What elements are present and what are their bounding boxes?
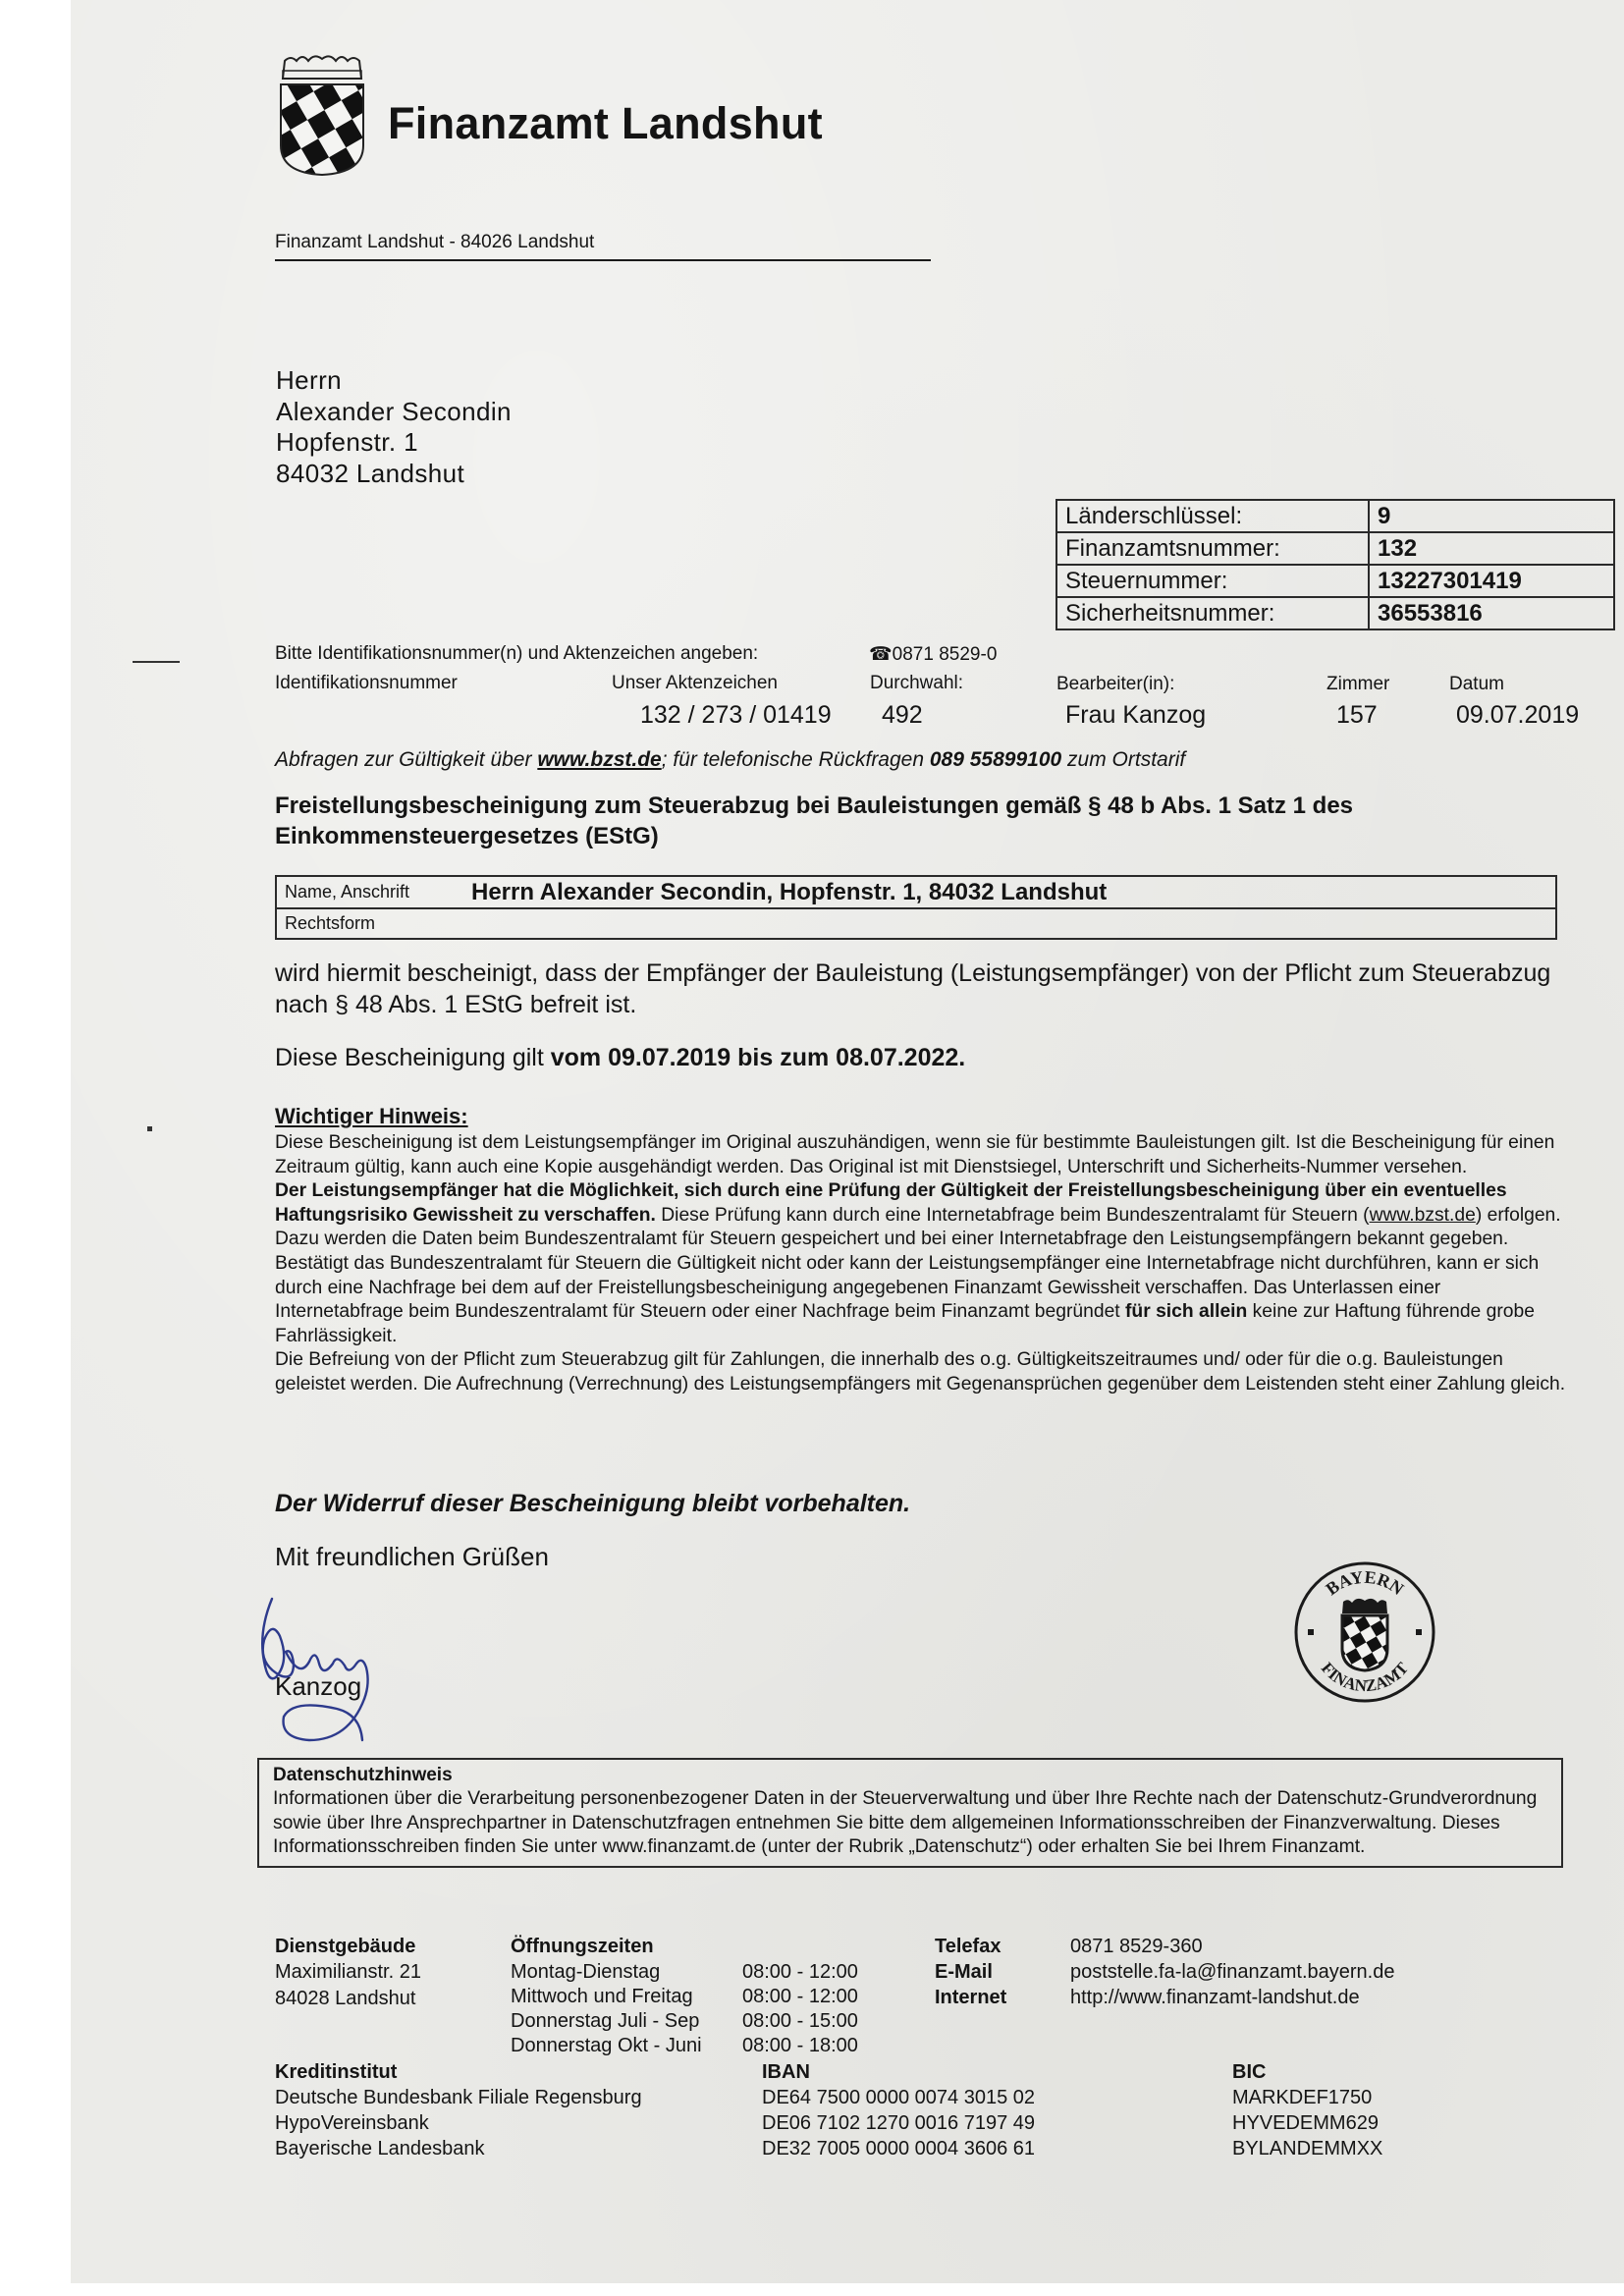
notice-paragraph: Der Leistungsempfänger hat die Möglichke… bbox=[275, 1179, 1571, 1348]
legal-form-label: Rechtsform bbox=[285, 913, 471, 934]
closing-greeting: Mit freundlichen Grüßen bbox=[275, 1542, 549, 1572]
bank-header-institute: Kreditinstitut bbox=[275, 2060, 397, 2085]
name-address-label: Name, Anschrift bbox=[285, 882, 471, 902]
table-row: Sicherheitsnummer:36553816 bbox=[1056, 597, 1614, 629]
notice-emphasis: für sich allein bbox=[1125, 1301, 1247, 1322]
bzst-inline-link[interactable]: www.bzst.de bbox=[1370, 1205, 1476, 1226]
punch-mark bbox=[147, 1126, 152, 1131]
tax-number-value: 13227301419 bbox=[1369, 565, 1614, 597]
privacy-title: Datenschutzhinweis bbox=[273, 1764, 1549, 1787]
certificate-body: wird hiermit bescheinigt, dass der Empfä… bbox=[275, 958, 1571, 1020]
extension-value: 492 bbox=[882, 701, 923, 730]
handwritten-signature-icon bbox=[250, 1593, 427, 1760]
privacy-notice-box: Datenschutzhinweis Informationen über di… bbox=[257, 1758, 1563, 1868]
building-street: Maximilianstr. 21 bbox=[275, 1960, 421, 1985]
notice-body: Diese Bescheinigung ist dem Leistungsemp… bbox=[275, 1131, 1571, 1397]
building-city: 84028 Landshut bbox=[275, 1987, 415, 2011]
telephone-icon: ☎ bbox=[869, 644, 893, 665]
bank-iban: DE32 7005 0000 0004 3606 61 bbox=[762, 2137, 1035, 2161]
date-label: Datum bbox=[1449, 674, 1504, 695]
hours-time: 08:00 - 12:00 bbox=[742, 1960, 858, 1985]
recipient-salutation: Herrn bbox=[276, 365, 512, 397]
bank-bic: BYLANDEMMXX bbox=[1232, 2137, 1382, 2161]
room-label: Zimmer bbox=[1326, 674, 1389, 695]
hours-time: 08:00 - 18:00 bbox=[742, 2034, 858, 2058]
hours-title: Öffnungszeiten bbox=[511, 1935, 654, 1959]
bank-bic: MARKDEF1750 bbox=[1232, 2086, 1372, 2110]
email-link[interactable]: poststelle.fa-la@finanzamt.bayern.de bbox=[1070, 1960, 1394, 1985]
table-row: Steuernummer:13227301419 bbox=[1056, 565, 1614, 597]
building-title: Dienstgebäude bbox=[275, 1935, 415, 1959]
tax-number-label: Steuernummer: bbox=[1056, 565, 1369, 597]
notice-paragraph: Diese Bescheinigung ist dem Leistungsemp… bbox=[275, 1131, 1571, 1179]
internet-label: Internet bbox=[935, 1986, 1006, 2010]
bank-bic: HYVEDEMM629 bbox=[1232, 2111, 1379, 2136]
bank-institute: Bayerische Landesbank bbox=[275, 2137, 484, 2161]
notice-title: Wichtiger Hinweis: bbox=[275, 1104, 468, 1129]
name-address-value: Herrn Alexander Secondin, Hopfenstr. 1, … bbox=[471, 879, 1107, 906]
notice-text: Diese Prüfung kann durch eine Internetab… bbox=[656, 1205, 1370, 1226]
office-title: Finanzamt Landshut bbox=[388, 98, 823, 149]
recipient-street: Hopfenstr. 1 bbox=[276, 427, 512, 459]
bank-institute: HypoVereinsbank bbox=[275, 2111, 429, 2136]
security-number-label: Sicherheitsnummer: bbox=[1056, 597, 1369, 629]
fax-label: Telefax bbox=[935, 1935, 1001, 1959]
state-key-value: 9 bbox=[1369, 500, 1614, 532]
legal-form-row: Rechtsform bbox=[277, 909, 1555, 938]
room-value: 157 bbox=[1336, 701, 1378, 730]
date-value: 09.07.2019 bbox=[1456, 701, 1579, 730]
file-ref-value: 132 / 273 / 01419 bbox=[640, 701, 832, 730]
bzst-link[interactable]: www.bzst.de bbox=[537, 748, 661, 771]
recipient-address: Herrn Alexander Secondin Hopfenstr. 1 84… bbox=[276, 365, 512, 489]
return-address-line: Finanzamt Landshut - 84026 Landshut bbox=[275, 232, 931, 261]
certificate-title: Freistellungsbescheinigung zum Steuerabz… bbox=[275, 791, 1571, 851]
revocation-notice: Der Widerruf dieser Bescheinigung bleibt… bbox=[275, 1490, 910, 1518]
extension-label: Durchwahl: bbox=[870, 673, 963, 694]
notice-paragraph: Die Befreiung von der Pflicht zum Steuer… bbox=[275, 1348, 1571, 1396]
office-number-label: Finanzamtsnummer: bbox=[1056, 532, 1369, 565]
hours-days: Mittwoch und Freitag bbox=[511, 1985, 693, 2009]
state-key-label: Länderschlüssel: bbox=[1056, 500, 1369, 532]
bank-iban: DE64 7500 0000 0074 3015 02 bbox=[762, 2086, 1035, 2110]
hours-time: 08:00 - 15:00 bbox=[742, 2009, 858, 2034]
hotline-number: 089 55899100 bbox=[930, 748, 1061, 771]
privacy-text: Informationen über die Verarbeitung pers… bbox=[273, 1787, 1549, 1860]
file-ref-label: Unser Aktenzeichen bbox=[612, 673, 778, 694]
official-seal-icon: BAYERN FINANZAMT bbox=[1291, 1558, 1438, 1706]
bank-header-iban: IBAN bbox=[762, 2060, 810, 2085]
table-row: Finanzamtsnummer:132 bbox=[1056, 532, 1614, 565]
bank-iban: DE06 7102 1270 0016 7197 49 bbox=[762, 2111, 1035, 2136]
name-row: Name, Anschrift Herrn Alexander Secondin… bbox=[277, 877, 1555, 909]
validity-note-text: zum Ortstarif bbox=[1061, 748, 1185, 771]
validity-note-text: Abfragen zur Gültigkeit über bbox=[275, 748, 537, 771]
clerk-value: Frau Kanzog bbox=[1065, 701, 1206, 730]
tax-id-table: Länderschlüssel:9 Finanzamtsnummer:132 S… bbox=[1056, 499, 1615, 630]
bavarian-coat-of-arms-icon bbox=[275, 51, 369, 179]
security-number-value: 36553816 bbox=[1369, 597, 1614, 629]
recipient-name: Alexander Secondin bbox=[276, 397, 512, 428]
office-number-value: 132 bbox=[1369, 532, 1614, 565]
hours-days: Donnerstag Okt - Juni bbox=[511, 2034, 702, 2058]
recipient-city: 84032 Landshut bbox=[276, 459, 512, 490]
hours-days: Donnerstag Juli - Sep bbox=[511, 2009, 699, 2034]
fold-mark bbox=[133, 661, 180, 663]
hours-days: Montag-Dienstag bbox=[511, 1960, 660, 1985]
email-label: E-Mail bbox=[935, 1960, 993, 1985]
hours-time: 08:00 - 12:00 bbox=[742, 1985, 858, 2009]
office-phone: ☎0871 8529-0 bbox=[869, 643, 997, 666]
office-phone-number: 0871 8529-0 bbox=[893, 644, 998, 665]
fax-value: 0871 8529-360 bbox=[1070, 1935, 1203, 1959]
clerk-label: Bearbeiter(in): bbox=[1056, 674, 1174, 695]
name-address-box: Name, Anschrift Herrn Alexander Secondin… bbox=[275, 875, 1557, 940]
validity-note-text: ; für telefonische Rückfragen bbox=[662, 748, 930, 771]
bank-header-bic: BIC bbox=[1232, 2060, 1266, 2085]
website-link[interactable]: http://www.finanzamt-landshut.de bbox=[1070, 1986, 1360, 2010]
validity-range: vom 09.07.2019 bis zum 08.07.2022. bbox=[551, 1044, 966, 1071]
bank-institute: Deutsche Bundesbank Filiale Regensburg bbox=[275, 2086, 642, 2110]
reference-instruction: Bitte Identifikationsnummer(n) und Akten… bbox=[275, 643, 758, 665]
id-number-label: Identifikationsnummer bbox=[275, 673, 458, 694]
validity-check-note: Abfragen zur Gültigkeit über www.bzst.de… bbox=[275, 748, 1185, 772]
validity-prefix: Diese Bescheinigung gilt bbox=[275, 1044, 551, 1071]
validity-period: Diese Bescheinigung gilt vom 09.07.2019 … bbox=[275, 1044, 965, 1072]
table-row: Länderschlüssel:9 bbox=[1056, 500, 1614, 532]
